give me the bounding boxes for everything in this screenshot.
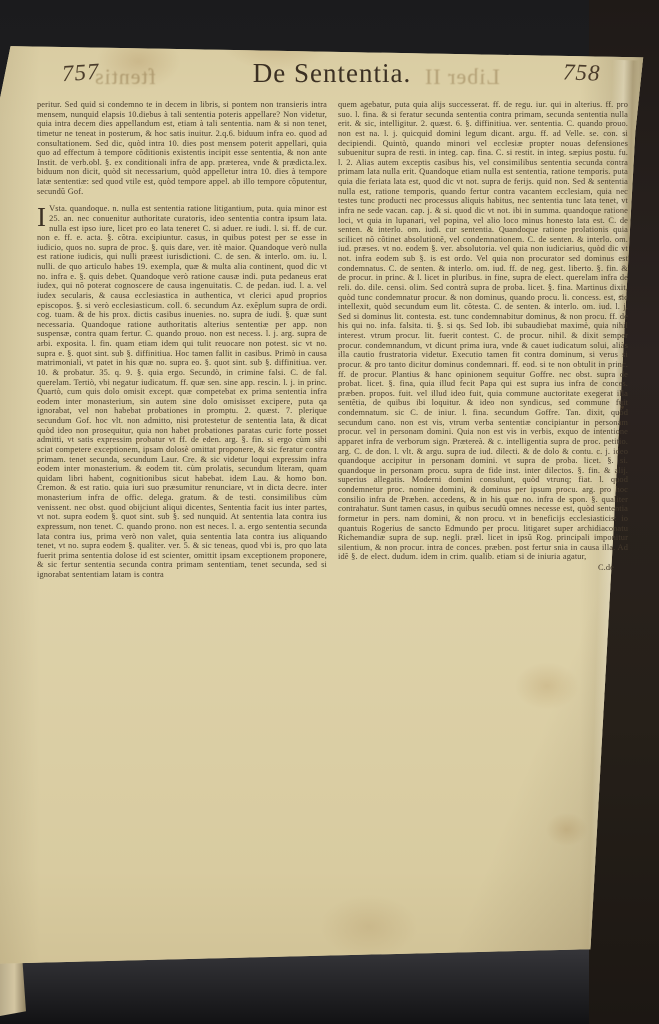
text-columns: peritur. Sed quid si condemno te in dece… xyxy=(37,100,629,912)
right-column-body: quem agebatur, puta quia alijs successer… xyxy=(338,100,628,562)
running-title: De Sententia. xyxy=(36,58,628,89)
left-column-paragraph-2-text: Vsta. quandoque. n. nulla est sententia … xyxy=(37,204,327,579)
scanned-book-photo: 757 ftentis De Sententia. Liber II 758 p… xyxy=(0,0,659,1024)
ghost-bleedthrough-right: Liber II xyxy=(424,64,500,90)
left-column: peritur. Sed quid si condemno te in dece… xyxy=(37,100,327,864)
page-content: 757 ftentis De Sententia. Liber II 758 p… xyxy=(0,0,659,1024)
page-number-right: 758 xyxy=(562,59,600,86)
marginal-asterisk: * xyxy=(620,404,625,414)
drop-cap-initial: I xyxy=(37,204,49,230)
left-column-paragraph-1: peritur. Sed quid si condemno te in dece… xyxy=(37,100,327,196)
catchword: C.de xyxy=(338,563,628,573)
right-column: quem agebatur, puta quia alijs successer… xyxy=(338,100,628,912)
marginal-mark: = xyxy=(619,292,624,301)
page-header: 757 ftentis De Sententia. Liber II 758 xyxy=(36,58,628,98)
left-column-paragraph-2: IVsta. quandoque. n. nulla est sententia… xyxy=(37,204,327,579)
